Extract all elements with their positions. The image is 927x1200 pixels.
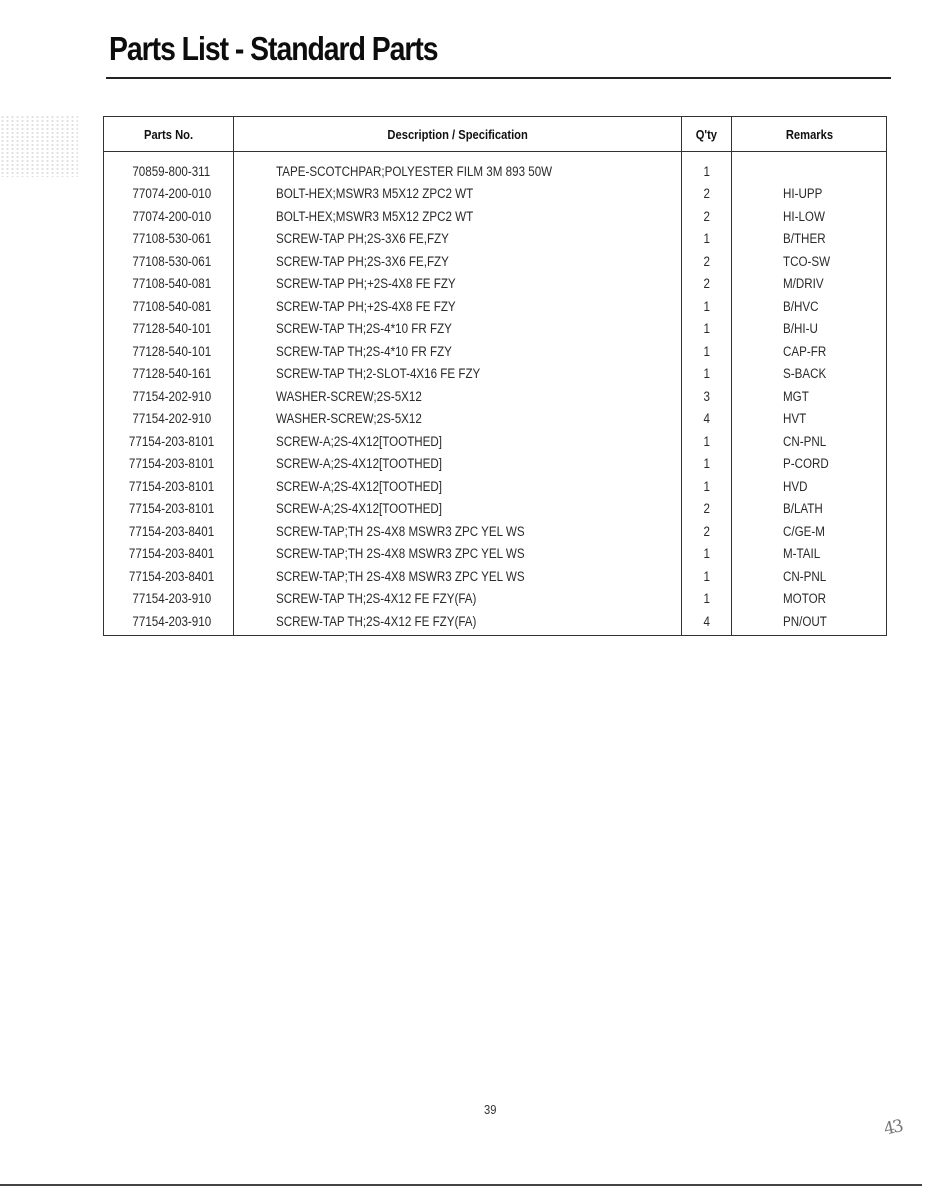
page-title: Parts List - Standard Parts bbox=[109, 30, 438, 68]
cell-description: SCREW-TAP PH;+2S-4X8 FE FZY bbox=[233, 295, 682, 318]
table-row: 77154-203-8101SCREW-A;2S-4X12[TOOTHED]1H… bbox=[104, 475, 887, 498]
cell-qty: 1 bbox=[682, 453, 732, 476]
cell-qty: 2 bbox=[682, 273, 732, 296]
cell-description: SCREW-TAP TH;2S-4*10 FR FZY bbox=[233, 340, 682, 363]
cell-remarks: PN/OUT bbox=[732, 610, 887, 635]
cell-description: SCREW-A;2S-4X12[TOOTHED] bbox=[233, 453, 682, 476]
cell-qty: 2 bbox=[682, 183, 732, 206]
cell-qty: 1 bbox=[682, 430, 732, 453]
cell-parts-no: 77154-203-8101 bbox=[104, 453, 234, 476]
table-row: 77154-203-8101SCREW-A;2S-4X12[TOOTHED]2B… bbox=[104, 498, 887, 521]
parts-table: Parts No. Description / Specification Q'… bbox=[103, 116, 887, 636]
cell-remarks: MGT bbox=[732, 385, 887, 408]
cell-qty: 1 bbox=[682, 588, 732, 611]
parts-table-body: 70859-800-311TAPE-SCOTCHPAR;POLYESTER FI… bbox=[104, 152, 887, 636]
cell-remarks: MOTOR bbox=[732, 588, 887, 611]
cell-description: SCREW-TAP TH;2-SLOT-4X16 FE FZY bbox=[233, 363, 682, 386]
cell-parts-no: 77154-203-8401 bbox=[104, 543, 234, 566]
cell-qty: 1 bbox=[682, 565, 732, 588]
table-row: 77154-203-8101SCREW-A;2S-4X12[TOOTHED]1C… bbox=[104, 430, 887, 453]
scan-noise bbox=[0, 115, 78, 177]
cell-description: SCREW-TAP;TH 2S-4X8 MSWR3 ZPC YEL WS bbox=[233, 520, 682, 543]
cell-remarks: M-TAIL bbox=[732, 543, 887, 566]
cell-remarks: B/HI-U bbox=[732, 318, 887, 341]
cell-parts-no: 77128-540-161 bbox=[104, 363, 234, 386]
table-row: 77128-540-161SCREW-TAP TH;2-SLOT-4X16 FE… bbox=[104, 363, 887, 386]
cell-qty: 2 bbox=[682, 520, 732, 543]
table-row: 77108-530-061SCREW-TAP PH;2S-3X6 FE,FZY2… bbox=[104, 250, 887, 273]
cell-remarks: P-CORD bbox=[732, 453, 887, 476]
cell-remarks: HVD bbox=[732, 475, 887, 498]
table-row: 77108-530-061SCREW-TAP PH;2S-3X6 FE,FZY1… bbox=[104, 228, 887, 251]
cell-remarks: S-BACK bbox=[732, 363, 887, 386]
cell-description: SCREW-A;2S-4X12[TOOTHED] bbox=[233, 475, 682, 498]
table-row: 77154-203-910SCREW-TAP TH;2S-4X12 FE FZY… bbox=[104, 610, 887, 635]
cell-remarks: CAP-FR bbox=[732, 340, 887, 363]
cell-parts-no: 77154-203-910 bbox=[104, 588, 234, 611]
table-row: 77154-202-910WASHER-SCREW;2S-5X124HVT bbox=[104, 408, 887, 431]
cell-description: SCREW-A;2S-4X12[TOOTHED] bbox=[233, 430, 682, 453]
table-row: 77154-203-8101SCREW-A;2S-4X12[TOOTHED]1P… bbox=[104, 453, 887, 476]
cell-description: WASHER-SCREW;2S-5X12 bbox=[233, 385, 682, 408]
table-row: 77074-200-010BOLT-HEX;MSWR3 M5X12 ZPC2 W… bbox=[104, 183, 887, 206]
cell-qty: 1 bbox=[682, 543, 732, 566]
table-row: 70859-800-311TAPE-SCOTCHPAR;POLYESTER FI… bbox=[104, 152, 887, 183]
cell-qty: 1 bbox=[682, 152, 732, 183]
cell-description: SCREW-A;2S-4X12[TOOTHED] bbox=[233, 498, 682, 521]
cell-qty: 2 bbox=[682, 250, 732, 273]
table-row: 77074-200-010BOLT-HEX;MSWR3 M5X12 ZPC2 W… bbox=[104, 205, 887, 228]
cell-parts-no: 77108-540-081 bbox=[104, 273, 234, 296]
cell-parts-no: 77074-200-010 bbox=[104, 205, 234, 228]
cell-description: SCREW-TAP;TH 2S-4X8 MSWR3 ZPC YEL WS bbox=[233, 543, 682, 566]
cell-qty: 1 bbox=[682, 340, 732, 363]
table-row: 77154-203-8401SCREW-TAP;TH 2S-4X8 MSWR3 … bbox=[104, 543, 887, 566]
table-row: 77108-540-081SCREW-TAP PH;+2S-4X8 FE FZY… bbox=[104, 295, 887, 318]
cell-description: TAPE-SCOTCHPAR;POLYESTER FILM 3M 893 50W bbox=[233, 152, 682, 183]
column-header-description: Description / Specification bbox=[233, 117, 682, 152]
cell-parts-no: 77154-203-8101 bbox=[104, 475, 234, 498]
cell-parts-no: 77108-530-061 bbox=[104, 228, 234, 251]
cell-description: SCREW-TAP TH;2S-4X12 FE FZY(FA) bbox=[233, 610, 682, 635]
table-row: 77108-540-081SCREW-TAP PH;+2S-4X8 FE FZY… bbox=[104, 273, 887, 296]
cell-parts-no: 77108-530-061 bbox=[104, 250, 234, 273]
cell-description: SCREW-TAP PH;+2S-4X8 FE FZY bbox=[233, 273, 682, 296]
table-row: 77128-540-101SCREW-TAP TH;2S-4*10 FR FZY… bbox=[104, 318, 887, 341]
cell-description: BOLT-HEX;MSWR3 M5X12 ZPC2 WT bbox=[233, 183, 682, 206]
cell-remarks: B/HVC bbox=[732, 295, 887, 318]
cell-description: SCREW-TAP PH;2S-3X6 FE,FZY bbox=[233, 250, 682, 273]
page-number: 39 bbox=[484, 1102, 496, 1117]
table-row: 77154-203-8401SCREW-TAP;TH 2S-4X8 MSWR3 … bbox=[104, 565, 887, 588]
cell-qty: 1 bbox=[682, 318, 732, 341]
cell-remarks: B/LATH bbox=[732, 498, 887, 521]
cell-description: SCREW-TAP;TH 2S-4X8 MSWR3 ZPC YEL WS bbox=[233, 565, 682, 588]
cell-parts-no: 77154-203-910 bbox=[104, 610, 234, 635]
cell-qty: 1 bbox=[682, 475, 732, 498]
cell-qty: 3 bbox=[682, 385, 732, 408]
cell-remarks: TCO-SW bbox=[732, 250, 887, 273]
cell-remarks: B/THER bbox=[732, 228, 887, 251]
column-header-parts-no: Parts No. bbox=[104, 117, 234, 152]
cell-remarks: HI-LOW bbox=[732, 205, 887, 228]
cell-qty: 2 bbox=[682, 205, 732, 228]
cell-parts-no: 77154-202-910 bbox=[104, 385, 234, 408]
cell-description: WASHER-SCREW;2S-5X12 bbox=[233, 408, 682, 431]
cell-parts-no: 77074-200-010 bbox=[104, 183, 234, 206]
cell-parts-no: 77154-203-8101 bbox=[104, 430, 234, 453]
cell-description: SCREW-TAP TH;2S-4*10 FR FZY bbox=[233, 318, 682, 341]
column-header-qty: Q'ty bbox=[682, 117, 732, 152]
column-header-remarks: Remarks bbox=[732, 117, 887, 152]
cell-parts-no: 77128-540-101 bbox=[104, 318, 234, 341]
cell-remarks: CN-PNL bbox=[732, 430, 887, 453]
cell-parts-no: 77128-540-101 bbox=[104, 340, 234, 363]
cell-remarks: M/DRIV bbox=[732, 273, 887, 296]
cell-description: SCREW-TAP TH;2S-4X12 FE FZY(FA) bbox=[233, 588, 682, 611]
cell-parts-no: 77154-202-910 bbox=[104, 408, 234, 431]
cell-description: BOLT-HEX;MSWR3 M5X12 ZPC2 WT bbox=[233, 205, 682, 228]
cell-qty: 1 bbox=[682, 363, 732, 386]
footer-divider bbox=[0, 1184, 922, 1186]
cell-parts-no: 77154-203-8401 bbox=[104, 565, 234, 588]
table-row: 77128-540-101SCREW-TAP TH;2S-4*10 FR FZY… bbox=[104, 340, 887, 363]
cell-qty: 1 bbox=[682, 295, 732, 318]
table-row: 77154-202-910WASHER-SCREW;2S-5X123MGT bbox=[104, 385, 887, 408]
cell-parts-no: 70859-800-311 bbox=[104, 152, 234, 183]
cell-remarks: HVT bbox=[732, 408, 887, 431]
cell-parts-no: 77154-203-8101 bbox=[104, 498, 234, 521]
table-header-row: Parts No. Description / Specification Q'… bbox=[104, 117, 887, 152]
cell-qty: 2 bbox=[682, 498, 732, 521]
table-row: 77154-203-8401SCREW-TAP;TH 2S-4X8 MSWR3 … bbox=[104, 520, 887, 543]
cell-qty: 4 bbox=[682, 610, 732, 635]
handwritten-annotation: 43 bbox=[882, 1116, 903, 1139]
cell-description: SCREW-TAP PH;2S-3X6 FE,FZY bbox=[233, 228, 682, 251]
cell-remarks bbox=[732, 152, 887, 183]
cell-remarks: C/GE-M bbox=[732, 520, 887, 543]
cell-parts-no: 77108-540-081 bbox=[104, 295, 234, 318]
cell-parts-no: 77154-203-8401 bbox=[104, 520, 234, 543]
cell-qty: 1 bbox=[682, 228, 732, 251]
title-divider bbox=[106, 77, 891, 79]
cell-qty: 4 bbox=[682, 408, 732, 431]
cell-remarks: CN-PNL bbox=[732, 565, 887, 588]
cell-remarks: HI-UPP bbox=[732, 183, 887, 206]
table-row: 77154-203-910SCREW-TAP TH;2S-4X12 FE FZY… bbox=[104, 588, 887, 611]
